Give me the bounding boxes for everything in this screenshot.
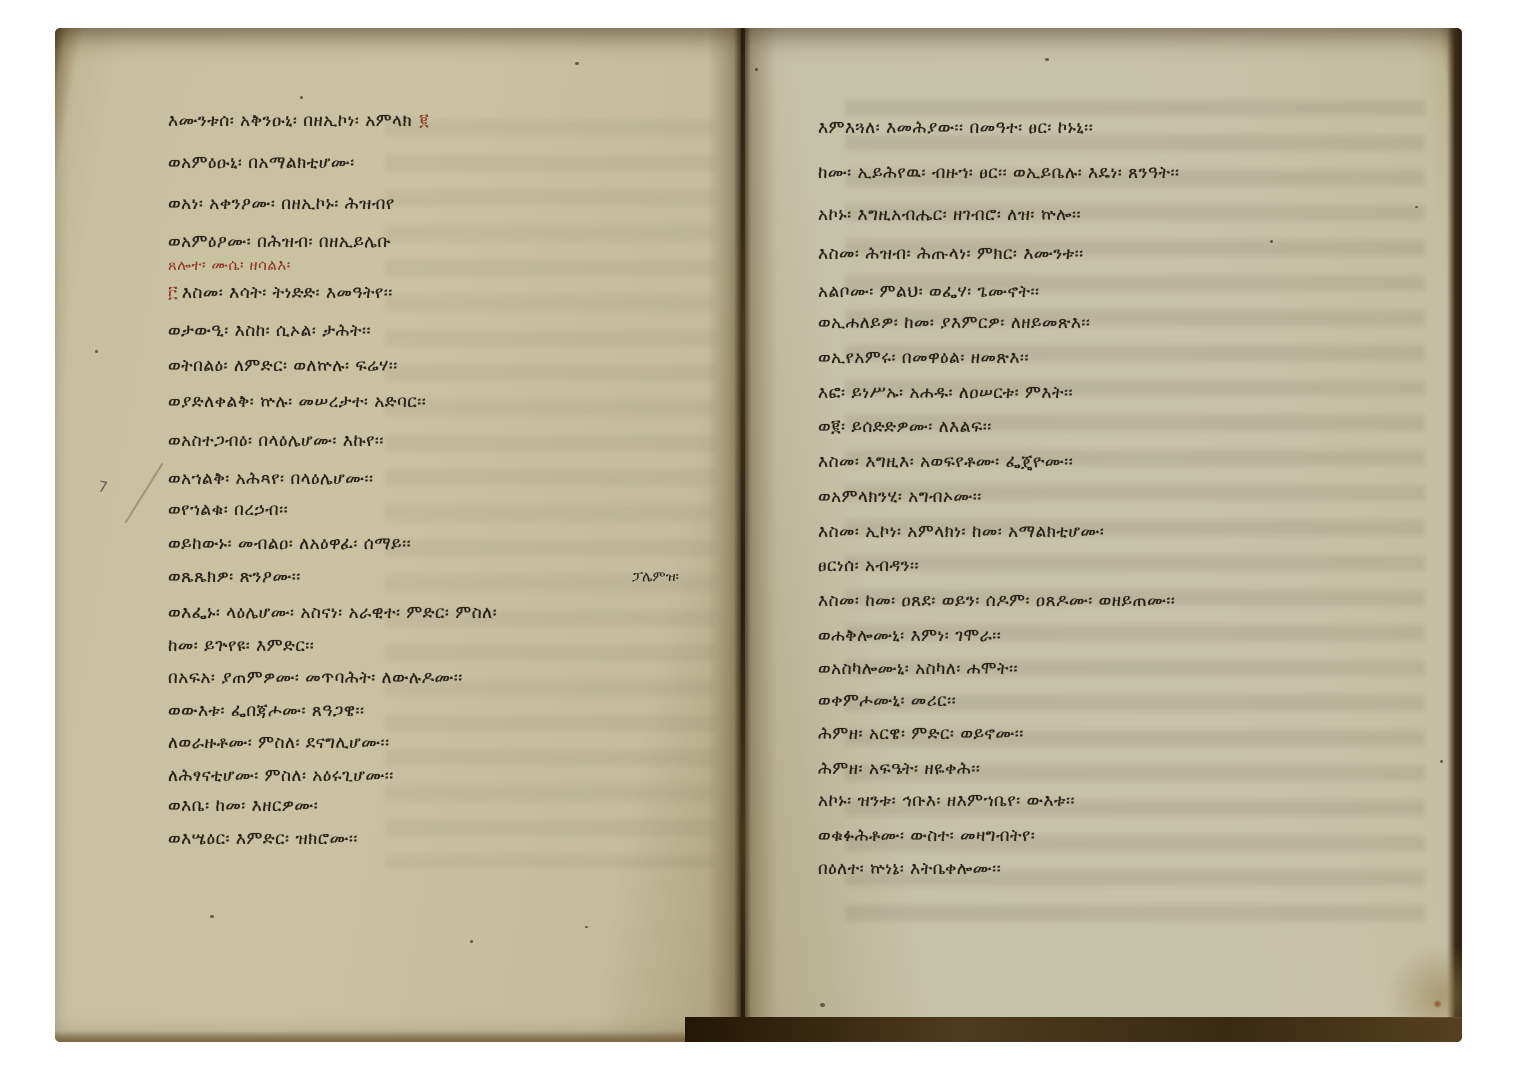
- speck: [210, 915, 214, 918]
- speck: [575, 62, 579, 65]
- speck: [1415, 206, 1418, 208]
- red-numeral: ፪: [419, 111, 429, 131]
- right-page-line-4: እስመ፡ ሕዝብ፡ ሕጡላነ፡ ምክር፡ እሙንቱ፡፡: [818, 241, 1084, 267]
- speck: [470, 940, 473, 943]
- left-page-line-1: እሙንቱሰ፡ አቅንዑኒ፡ በዘኢኮነ፡ አምላክ፪: [168, 108, 429, 134]
- speck: [755, 68, 758, 71]
- speck: [820, 1003, 825, 1007]
- right-page-line-12: እስመ፡ ኢኮነ፡ አምላክነ፡ ከመ፡ አማልክቲሆሙ፡: [818, 519, 1104, 545]
- speck: [1440, 760, 1443, 763]
- left-page-line-17: በአፍአ፡ ያጠምዎሙ፡ መጥባሕት፡ ለውሉዶሙ፡፡: [168, 665, 463, 691]
- speck: [1270, 240, 1273, 243]
- left-page-line-8: ወትበልዕ፡ ለምድር፡ ወለኵሉ፡ ፍሬሃ፡፡: [168, 353, 398, 379]
- bottom-edge-right: [685, 1017, 1462, 1042]
- left-page-line-15: ወእፌኑ፡ ላዕሌሆሙ፡ አስናነ፡ አራዊተ፡ ምድር፡ ምስለ፡: [168, 600, 497, 626]
- left-page-line-21: ወእቤ፡ ከመ፡ እዘርዎሙ፡: [168, 793, 318, 819]
- right-page-line-20: አኮኑ፡ ዝንቱ፡ ኅቡእ፡ ዘእምኀቤየ፡ ውእቱ፡፡: [818, 788, 1075, 814]
- left-page-line-20: ለሕፃናቲሆሙ፡ ምስለ፡ አዕሩጊሆሙ፡፡: [168, 763, 394, 789]
- speck: [95, 350, 98, 353]
- left-page-line-5-rubric: ጸሎተ፡ ሙሴ፡ ዘሳልእ፡: [168, 252, 291, 278]
- right-page-line-7: ወኢየአምሩ፡ በመዋዕል፡ ዘመጽእ፡፡: [818, 345, 1029, 371]
- gutter-crease: [741, 28, 745, 1042]
- left-page-line-19: ለወራዙቶሙ፡ ምስለ፡ ደናግሊሆሙ፡፡: [168, 730, 390, 756]
- right-page-line-21: ወቁፉሕቶሙ፡ ውስተ፡ መዛግብትየ፡: [818, 823, 1035, 849]
- right-page-line-5: አልቦሙ፡ ምልህ፡ ወፌሃ፡ ጌሙኖት፡፡: [818, 279, 1040, 305]
- scanned-manuscript-page: { "document": { "type": "manuscript-phot…: [0, 0, 1515, 1071]
- right-page-line-15: ወሐቅሎሙኒ፡ እምነ፡ ገሞራ፡፡: [818, 623, 1001, 649]
- manuscript-photo: 7 ፓሌምዝ፡ እሙንቱሰ፡ አቅንዑኒ፡ በዘኢኮነ፡ አምላክ፪ወአምዕዑኒ…: [55, 28, 1462, 1042]
- speck: [585, 926, 588, 928]
- speck: [300, 96, 303, 99]
- left-page-line-7: ወታውዒ፡ እስከ፡ ሲኦል፡ ታሕት፡፡: [168, 318, 371, 344]
- left-page-line-12: ወየኀልቁ፡ በረኃብ፡፡: [168, 497, 288, 523]
- right-page-line-1: እምእጓለ፡ እመሕያው፡፡ በመዓተ፡ ፀር፡ ኮኑኒ፡፡: [818, 115, 1093, 141]
- left-page-line-13: ወይከውኑ፡ መብልዐ፡ ለአዕዋፈ፡ ሰማይ፡፡: [168, 531, 411, 557]
- right-page-line-8: እፎ፡ ይነሥኡ፡ አሐዱ፡ ለዐሠርቱ፡ ምእት፡፡: [818, 380, 1073, 406]
- right-page-line-19: ሕምዘ፡ አፍዔት፡ ዘዬቀሕ፡፡: [818, 756, 980, 782]
- left-page-margin-overflow: ፓሌምዝ፡: [632, 566, 679, 588]
- corner-stain: [1385, 943, 1462, 1018]
- right-page-line-14: እስመ፡ ከመ፡ ዐጸደ፡ ወይን፡ ሰዶም፡ ዐጸዶሙ፡ ወዘይጠሙ፡፡: [818, 588, 1175, 614]
- right-page-line-22: በዕለተ፡ ኵነኔ፡ እትቤቀሎሙ፡፡: [818, 856, 1001, 882]
- left-page-line-9: ወያድለቀልቅ፡ ኵሉ፡ መሠረታተ፡ አድባር፡፡: [168, 389, 426, 415]
- left-page-line-18: ወውእቱ፡ ፌበጃሖሙ፡ ጸዓጋዌ፡፡: [168, 698, 365, 724]
- left-page-line-3: ወአነ፡ አቀንዖሙ፡ በዘኢኮኑ፡ ሕዝብየ: [168, 191, 395, 217]
- red-numeral: ፫: [168, 283, 178, 303]
- left-page-line-11: ወአኀልቅ፡ አሕጻየ፡ በላዕሌሆሙ፡፡: [168, 466, 374, 492]
- right-page-line-2: ከሙ፡ ኢይሕየዉ፡ ብዙኀ፡ ፀር፡፡ ወኢይቤሉ፡ እዴነ፡ ጸንዓት፡፡: [818, 160, 1180, 186]
- left-page-line-22: ወእሤዕር፡ እምድር፡ ዝክሮሙ፡፡: [168, 826, 358, 852]
- bottom-edge-left: [55, 1031, 695, 1042]
- speck: [1045, 58, 1049, 61]
- left-page-line-6: ፫ እስመ፡ እሳት፡ ትነድድ፡ እመዓትየ፡፡: [168, 280, 393, 306]
- left-page-line-16: ከመ፡ ይጕየዩ፡ እምድር፡፡: [168, 633, 314, 659]
- right-page-line-6: ወኢሐለይዎ፡ ከመ፡ ያእምርዎ፡ ለዘይመጽእ፡፡: [818, 310, 1090, 336]
- right-page-line-3: አኮኑ፡ እግዚአብሔር፡ ዘገብሮ፡ ለዝ፡ ኵሎ፡፡: [818, 202, 1081, 228]
- left-page-line-2: ወአምዕዑኒ፡ በአማልክቲሆሙ፡: [168, 150, 355, 176]
- right-page-line-9: ወ፪፡ ይሰድድዎሙ፡ ለእልፍ፡፡: [818, 414, 992, 440]
- right-page-line-18: ሕምዘ፡ አርዌ፡ ምድር፡ ወይኖሙ፡፡: [818, 721, 1024, 747]
- right-page-line-10: እስመ፡ እግዚእ፡ አወፍየቶሙ፡ ፌጄዮሙ፡፡: [818, 449, 1073, 475]
- fore-edge-band: [1447, 28, 1462, 1042]
- left-page-line-14: ወጼጼክዎ፡ ጽንዖሙ፡፡: [168, 564, 301, 590]
- left-page-line-10: ወአስተጋብዕ፡ በላዕሌሆሙ፡ እኩየ፡፡: [168, 428, 384, 454]
- right-page-line-11: ወአምላክንሂ፡ አግብኦሙ፡፡: [818, 484, 982, 510]
- right-page-line-17: ወቀምሖሙኒ፡ መሪር፡፡: [818, 688, 956, 714]
- right-page-line-13: ፀርነሰ፡ አብዳን፡፡: [818, 553, 919, 579]
- rust-stain: [1433, 1000, 1442, 1008]
- right-page-line-16: ወአስካሎሙኒ፡ አስካለ፡ ሐሞት፡፡: [818, 656, 1018, 682]
